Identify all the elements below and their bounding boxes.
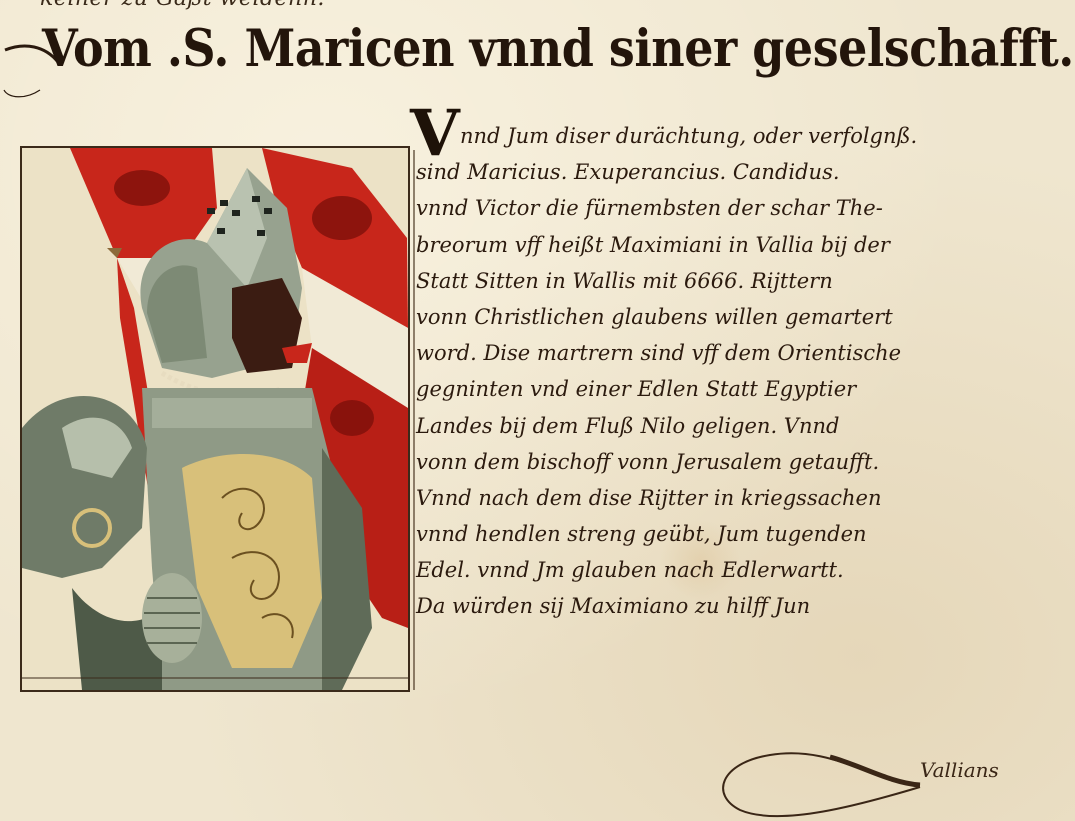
- text-line: Edel. vnnd Jm glauben nach Edlerwartt.: [416, 552, 1066, 588]
- text-line: nnd Jum diser durächtung, oder verfolgnß…: [416, 118, 1066, 154]
- text-line: Statt Sitten in Wallis mit 6666. Rijtter…: [416, 263, 1066, 299]
- text-line: sind Maricius. Exuperancius. Candidus.: [416, 154, 1066, 190]
- text-line: Landes bij dem Fluß Nilo geligen. Vnnd: [416, 408, 1066, 444]
- text-margin-rule: [413, 150, 415, 690]
- knight-banner-image: [22, 148, 408, 690]
- text-line: vonn Christlichen glaubens willen gemart…: [416, 299, 1066, 335]
- previous-line-fragment: keiner zu Gaßt weidenn.: [40, 0, 325, 11]
- text-line: gegninten vnd einer Edlen Statt Egyptier: [416, 371, 1066, 407]
- text-line: vonn dem bischoff vonn Jerusalem getauff…: [416, 444, 1066, 480]
- text-line: vnnd Victor die fürnembsten der schar Th…: [416, 190, 1066, 226]
- manuscript-page: keiner zu Gaßt weidenn. Vom .S. Maricen …: [0, 0, 1075, 821]
- text-line: Vnnd nach dem dise Rijtter in kriegssach…: [416, 480, 1066, 516]
- text-line: breorum vff heißt Maximiani in Vallia bi…: [416, 227, 1066, 263]
- text-line: Da würden sij Maximiano zu hilff Jun: [416, 588, 1066, 624]
- text-line: vnnd hendlen streng geübt, Jum tugenden: [416, 516, 1066, 552]
- manuscript-body-text: nnd Jum diser durächtung, oder verfolgnß…: [416, 118, 1066, 625]
- catchword: Vallians: [920, 758, 999, 782]
- page-heading: Vom .S. Maricen vnnd siner geselschafft.: [42, 18, 1074, 78]
- knight-illustration: [20, 146, 410, 692]
- text-line: word. Dise martrern sind vff dem Orienti…: [416, 335, 1066, 371]
- catchword-flourish-icon: [710, 735, 930, 821]
